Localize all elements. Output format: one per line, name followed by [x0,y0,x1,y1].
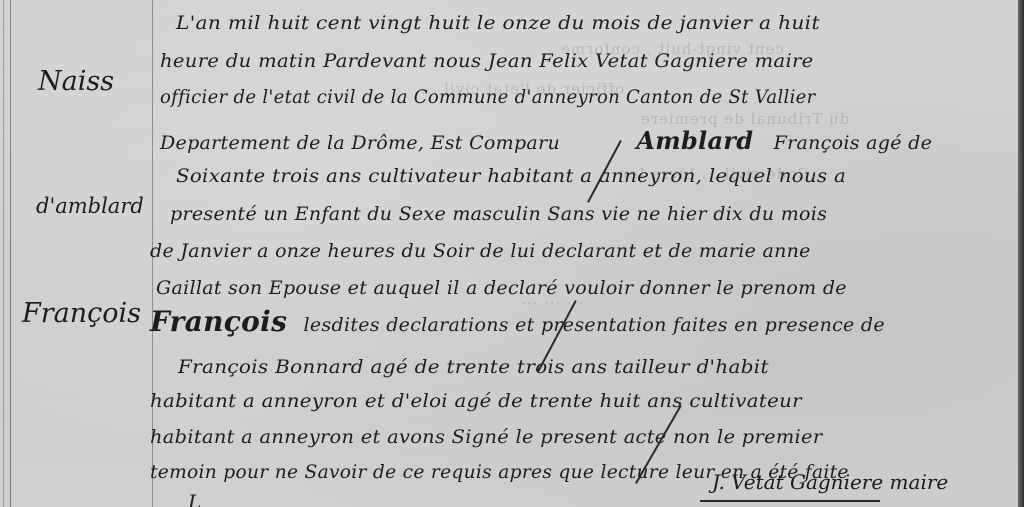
record-line-8: Gaillat son Epouse et auquel il a declar… [156,277,847,299]
officer-signature: J. Vetat Gagniere maire [712,470,948,494]
record-line-4: Departement de la Drôme, Est Comparu Amb… [160,126,932,155]
margin-note-surname: d'amblard [36,194,144,218]
record-line-9: François lesdites declarations et presen… [150,305,885,338]
child-name: François [150,305,287,338]
record-line-12: habitant a anneyron et avons Signé le pr… [150,426,822,448]
record-line-2: heure du matin Pardevant nous Jean Felix… [160,50,814,72]
line-4-text: Departement de la Drôme, Est Comparu [160,132,560,154]
record-line-11: habitant a anneyron et d'eloi agé de tre… [150,390,802,412]
page-edge-line [10,0,11,507]
father-given-name: François agé de [774,132,932,154]
record-line-5: Soixante trois ans cultivateur habitant … [176,165,846,187]
register-page: cent vingt-huit , conforme officier de l… [0,0,1024,507]
page-edge-line [3,0,4,507]
next-entry-start: L [188,490,201,507]
margin-note-given-name: François [22,298,141,329]
line-9-text: lesdites declarations et presentation fa… [304,314,885,336]
record-line-1: L'an mil huit cent vingt huit le onze du… [176,12,820,34]
record-line-7: de Janvier a onze heures du Soir de lui … [150,240,811,262]
signature-underline [700,500,880,502]
record-line-3: officier de l'etat civil de la Commune d… [160,86,816,108]
record-line-10: François Bonnard agé de trente trois ans… [178,356,769,378]
binding-edge [1018,0,1024,507]
margin-note-naissance: Naiss [38,66,114,97]
record-line-6: presenté un Enfant du Sexe masculin Sans… [170,203,827,225]
father-surname: Amblard [636,126,753,155]
